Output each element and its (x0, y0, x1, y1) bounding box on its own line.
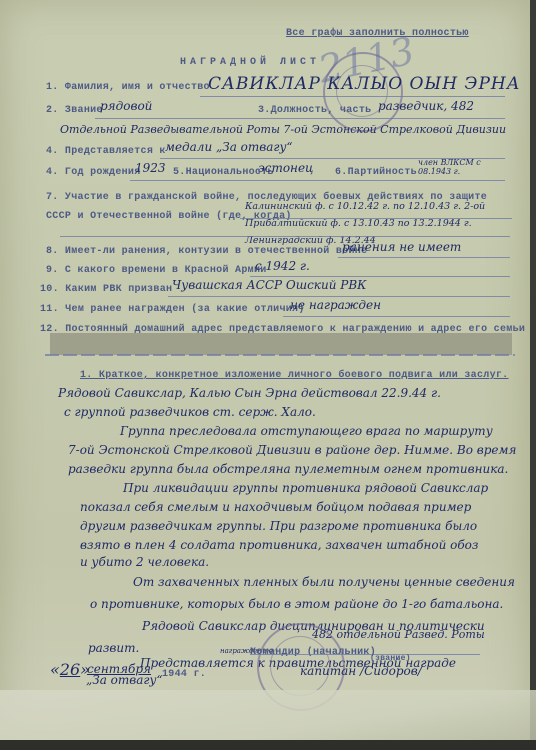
field-birth-label: 4. Год рождения (46, 167, 141, 178)
field-2-value: рядовой (100, 99, 152, 113)
field-birth-value: 1923 (135, 161, 166, 175)
scan-edge (0, 740, 536, 750)
field-3-label: 3.Должность, часть (258, 105, 371, 116)
field-nationality-value: эстонец (258, 161, 313, 175)
field-7-line-1 (240, 218, 512, 219)
narrative-line: разведки группа была обстреляна пулеметн… (68, 462, 508, 476)
field-8-value: ранения не имеет (342, 240, 461, 254)
signer: капитан /Сидоров/ (300, 664, 422, 678)
field-9-line (250, 276, 510, 277)
field-7-line-2 (60, 236, 510, 237)
field-11-value: не награжден (290, 298, 381, 312)
field-10-line (168, 296, 510, 297)
field-8-label: 8. Имеет-ли ранения, контузии в отечеств… (46, 246, 367, 257)
field-1-label: 1. Фамилия, имя и отчество (46, 82, 210, 93)
field-1-value: САВИКЛАР КАЛЫО ОЫН ЭРНА (208, 74, 521, 94)
field-3-unit: Отдельной Разведывательной Роты 7-ой Эст… (60, 123, 506, 136)
narrative-line: показал себя смелым и находчивым бойцом … (80, 500, 471, 514)
date-month: сентября (87, 662, 151, 676)
header-note: Все графы заполнить полностью (286, 28, 469, 39)
field-1-line (200, 96, 505, 97)
field-10-value: Чувашская АССР Ошский РВК (172, 278, 366, 292)
field-2-label: 2. Звание (46, 105, 103, 116)
page-title: НАГРАДНОЙ ЛИСТ (180, 57, 320, 68)
narrative-line: При ликвидации группы противника рядовой… (123, 481, 488, 495)
rank-hint: (звание) (370, 654, 411, 663)
field-birth-line (130, 180, 505, 181)
narrative-line: От захваченных пленных были получены цен… (133, 575, 515, 589)
field-4-label: 4. Представляется к (46, 146, 166, 157)
field-party-label: 6.Партийность (335, 167, 417, 178)
signature-unit: 482 отдельной Развед. Роты (312, 628, 485, 641)
narrative-line: Рядовой Савикслар, Калью Сын Эрна действ… (58, 386, 441, 400)
field-2-line (95, 118, 505, 119)
redacted-address (50, 333, 512, 355)
separator-line (45, 354, 515, 356)
field-11-line (283, 316, 510, 317)
narrative-line: и убито 2 человека. (80, 555, 209, 569)
narrative-line: 7-ой Эстонской Стрелковой Дивизии в райо… (68, 443, 516, 457)
field-9-label: 9. С какого времени в Красной Армии (46, 265, 267, 276)
field-party-value: член ВЛКСМ с 08.1943 г. (418, 158, 508, 176)
field-4-value: медали „За отвагу“ (165, 140, 293, 154)
field-9-value: с 1942 г. (255, 259, 310, 273)
commander-line (250, 654, 480, 655)
date-year: 1944 г. (162, 669, 206, 680)
narrative-line: о противнике, которых было в этом районе… (90, 597, 503, 611)
field-8-line (338, 257, 510, 258)
narrative-line: взято в плен 4 солдата противника, захва… (80, 538, 478, 552)
narrative-line: с группой разведчиков ст. серж. Хало. (64, 405, 316, 419)
award-sheet: 2113 Все графы заполнить полностью НАГРА… (0, 0, 530, 742)
field-11-label: 11. Чем ранее награжден (за какие отличи… (40, 304, 305, 315)
section-title: 1. Краткое, конкретное изложение личного… (80, 370, 508, 381)
narrative-line: другим разведчикам группы. При разгроме … (80, 519, 477, 533)
field-3-value: разведчик, 482 (378, 99, 474, 113)
field-10-label: 10. Каким РВК призван (40, 284, 172, 295)
narrative-line: Группа преследовала отступающего врага п… (120, 424, 493, 438)
narrative-line: развит. (88, 641, 139, 655)
commander-label: Командир (начальник) (250, 647, 376, 658)
date-day: «26» (50, 660, 90, 679)
